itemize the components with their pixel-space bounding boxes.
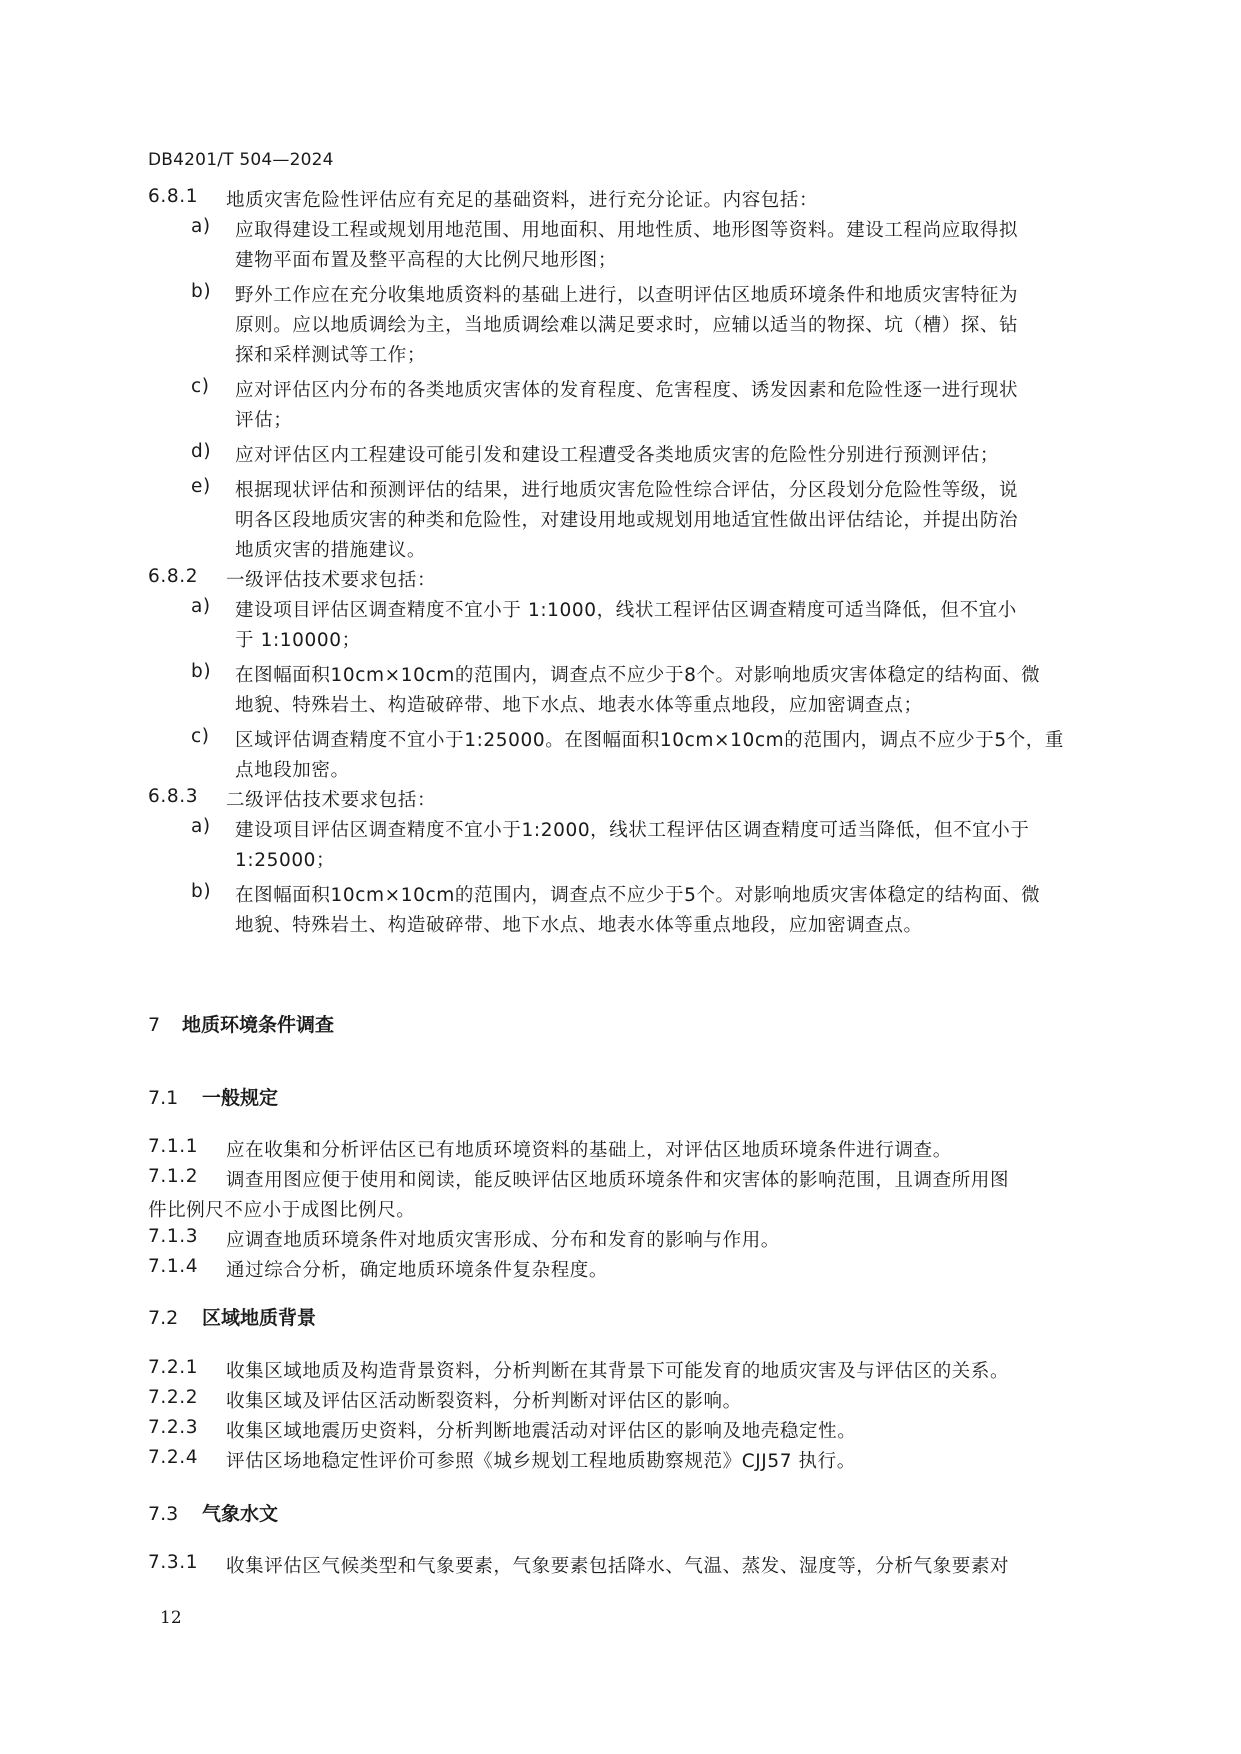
list-item-text: 于 1:10000； bbox=[235, 626, 361, 652]
clause-number: 6.8.3 bbox=[148, 786, 198, 807]
clause-number: 7.1.3 bbox=[148, 1226, 198, 1247]
list-item-label: d) bbox=[191, 441, 211, 462]
list-item-label: a) bbox=[191, 216, 211, 237]
list-item-text: 野外工作应在充分收集地质资料的基础上进行，以查明评估区地质环境条件和地质灾害特征… bbox=[235, 281, 1018, 307]
list-item-label: c) bbox=[191, 376, 210, 397]
clause-number: 7.1.2 bbox=[148, 1166, 198, 1187]
list-item-text: 原则。应以地质调绘为主，当地质调绘难以满足要求时，应辅以适当的物探、坑（槽）探、… bbox=[235, 311, 1018, 337]
clause-number: 7.2.1 bbox=[148, 1357, 198, 1378]
chapter-title: 地质环境条件调查 bbox=[182, 1014, 334, 1036]
chapter-heading: 7地质环境条件调查 bbox=[148, 1010, 334, 1037]
list-item-text: 点地段加密。 bbox=[235, 756, 350, 782]
clause-text: 件比例尺不应小于成图比例尺。 bbox=[148, 1196, 415, 1222]
list-item-text: 1:25000； bbox=[235, 846, 335, 872]
list-item-text: 建设项目评估区调查精度不宜小于 1:1000，线状工程评估区调查精度可适当降低，… bbox=[235, 596, 1017, 622]
list-item-label: b) bbox=[191, 881, 211, 902]
section-heading-7-1: 7.1一般规定 bbox=[148, 1083, 278, 1110]
clause-text: 评估区场地稳定性评价可参照《城乡规划工程地质勘察规范》CJJ57 执行。 bbox=[226, 1447, 856, 1473]
clause-text: 二级评估技术要求包括： bbox=[226, 786, 436, 812]
clause-text: 地质灾害危险性评估应有充足的基础资料，进行充分论证。内容包括： bbox=[226, 186, 818, 212]
list-item-text: 应对评估区内分布的各类地质灾害体的发育程度、危害程度、诱发因素和危险性逐一进行现… bbox=[235, 376, 1018, 402]
section-title: 区域地质背景 bbox=[202, 1307, 316, 1329]
list-item-text: 明各区段地质灾害的种类和危险性，对建设用地或规划用地适宜性做出评估结论，并提出防… bbox=[235, 506, 1018, 532]
section-title: 一般规定 bbox=[202, 1087, 278, 1109]
list-item-label: c) bbox=[191, 726, 210, 747]
list-item-text: 根据现状评估和预测评估的结果，进行地质灾害危险性综合评估，分区段划分危险性等级，… bbox=[235, 476, 1018, 502]
clause-number: 7.2.4 bbox=[148, 1447, 198, 1468]
clause-text: 调查用图应便于使用和阅读，能反映评估区地质环境条件和灾害体的影响范围，且调查所用… bbox=[226, 1166, 1009, 1192]
clause-number: 7.1.1 bbox=[148, 1136, 198, 1157]
list-item-text: 建物平面布置及整平高程的大比例尺地形图； bbox=[235, 246, 617, 272]
list-item-label: b) bbox=[191, 661, 211, 682]
list-item-text: 应取得建设工程或规划用地范围、用地面积、用地性质、地形图等资料。建设工程尚应取得… bbox=[235, 216, 1018, 242]
list-item-label: b) bbox=[191, 281, 211, 302]
list-item-label: a) bbox=[191, 816, 211, 837]
page-number: 12 bbox=[160, 1608, 182, 1628]
section-number: 7.3 bbox=[148, 1503, 202, 1525]
list-item-text: 区域评估调查精度不宜小于1:25000。在图幅面积10cm×10cm的范围内，调… bbox=[235, 726, 1064, 752]
list-item-label: e) bbox=[191, 476, 211, 497]
section-number: 7.2 bbox=[148, 1307, 202, 1329]
clause-text: 通过综合分析，确定地质环境条件复杂程度。 bbox=[226, 1256, 608, 1282]
clause-text: 收集区域及评估区活动断裂资料，分析判断对评估区的影响。 bbox=[226, 1387, 742, 1413]
list-item-text: 应对评估区内工程建设可能引发和建设工程遭受各类地质灾害的危险性分别进行预测评估； bbox=[235, 441, 999, 467]
clause-text: 收集评估区气候类型和气象要素，气象要素包括降水、气温、蒸发、湿度等，分析气象要素… bbox=[226, 1552, 1009, 1578]
chapter-number: 7 bbox=[148, 1014, 182, 1036]
clause-number: 6.8.2 bbox=[148, 566, 198, 587]
clause-number: 6.8.1 bbox=[148, 186, 198, 207]
section-title: 气象水文 bbox=[202, 1503, 278, 1525]
clause-text: 应在收集和分析评估区已有地质环境资料的基础上，对评估区地质环境条件进行调查。 bbox=[226, 1136, 952, 1162]
section-number: 7.1 bbox=[148, 1087, 202, 1109]
clause-text: 收集区域地震历史资料，分析判断地震活动对评估区的影响及地壳稳定性。 bbox=[226, 1417, 856, 1443]
list-item-text: 地质灾害的措施建议。 bbox=[235, 536, 426, 562]
section-heading-7-3: 7.3气象水文 bbox=[148, 1499, 278, 1526]
list-item-text: 探和采样测试等工作； bbox=[235, 341, 426, 367]
list-item-text: 在图幅面积10cm×10cm的范围内，调查点不应少于8个。对影响地质灾害体稳定的… bbox=[235, 661, 1040, 687]
clause-text: 收集区域地质及构造背景资料，分析判断在其背景下可能发育的地质灾害及与评估区的关系… bbox=[226, 1357, 1009, 1383]
document-page: DB4201/T 504—2024 6.8.1 地质灾害危险性评估应有充足的基础… bbox=[0, 0, 1241, 1754]
clause-text: 一级评估技术要求包括： bbox=[226, 566, 436, 592]
document-code: DB4201/T 504—2024 bbox=[148, 150, 334, 170]
clause-number: 7.2.3 bbox=[148, 1417, 198, 1438]
list-item-text: 地貌、特殊岩土、构造破碎带、地下水点、地表水体等重点地段，应加密调查点； bbox=[235, 691, 923, 717]
list-item-text: 在图幅面积10cm×10cm的范围内，调查点不应少于5个。对影响地质灾害体稳定的… bbox=[235, 881, 1040, 907]
list-item-text: 建设项目评估区调查精度不宜小于1:2000，线状工程评估区调查精度可适当降低，但… bbox=[235, 816, 1030, 842]
clause-number: 7.1.4 bbox=[148, 1256, 198, 1277]
section-heading-7-2: 7.2区域地质背景 bbox=[148, 1303, 316, 1330]
list-item-text: 评估； bbox=[235, 406, 292, 432]
clause-number: 7.2.2 bbox=[148, 1387, 198, 1408]
clause-number: 7.3.1 bbox=[148, 1552, 198, 1573]
list-item-label: a) bbox=[191, 596, 211, 617]
list-item-text: 地貌、特殊岩土、构造破碎带、地下水点、地表水体等重点地段，应加密调查点。 bbox=[235, 911, 923, 937]
clause-text: 应调查地质环境条件对地质灾害形成、分布和发育的影响与作用。 bbox=[226, 1226, 780, 1252]
